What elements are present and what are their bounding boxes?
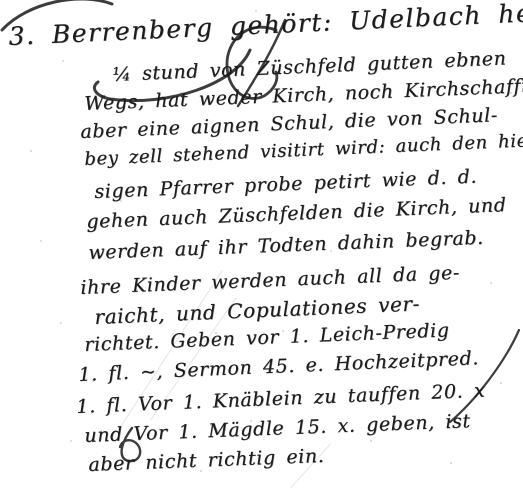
manuscript-line-8: werden auf ihr Todten dahin begrab.: [88, 227, 484, 264]
manuscript-line-15: aber nicht richtig ein.: [88, 445, 325, 476]
manuscript-page: 3. Berrenberg gehört: Udelbach herrschaf…: [0, 0, 523, 492]
manuscript-line-14: und Vor 1. Mägdle 15. x. geben, ist: [84, 410, 471, 447]
manuscript-line-1: 3. Berrenberg gehört: Udelbach herrschaf…: [8, 0, 523, 51]
right-diagonal-swash-flourish: [450, 330, 519, 422]
scan-speckle-noise: [0, 0, 2, 2]
